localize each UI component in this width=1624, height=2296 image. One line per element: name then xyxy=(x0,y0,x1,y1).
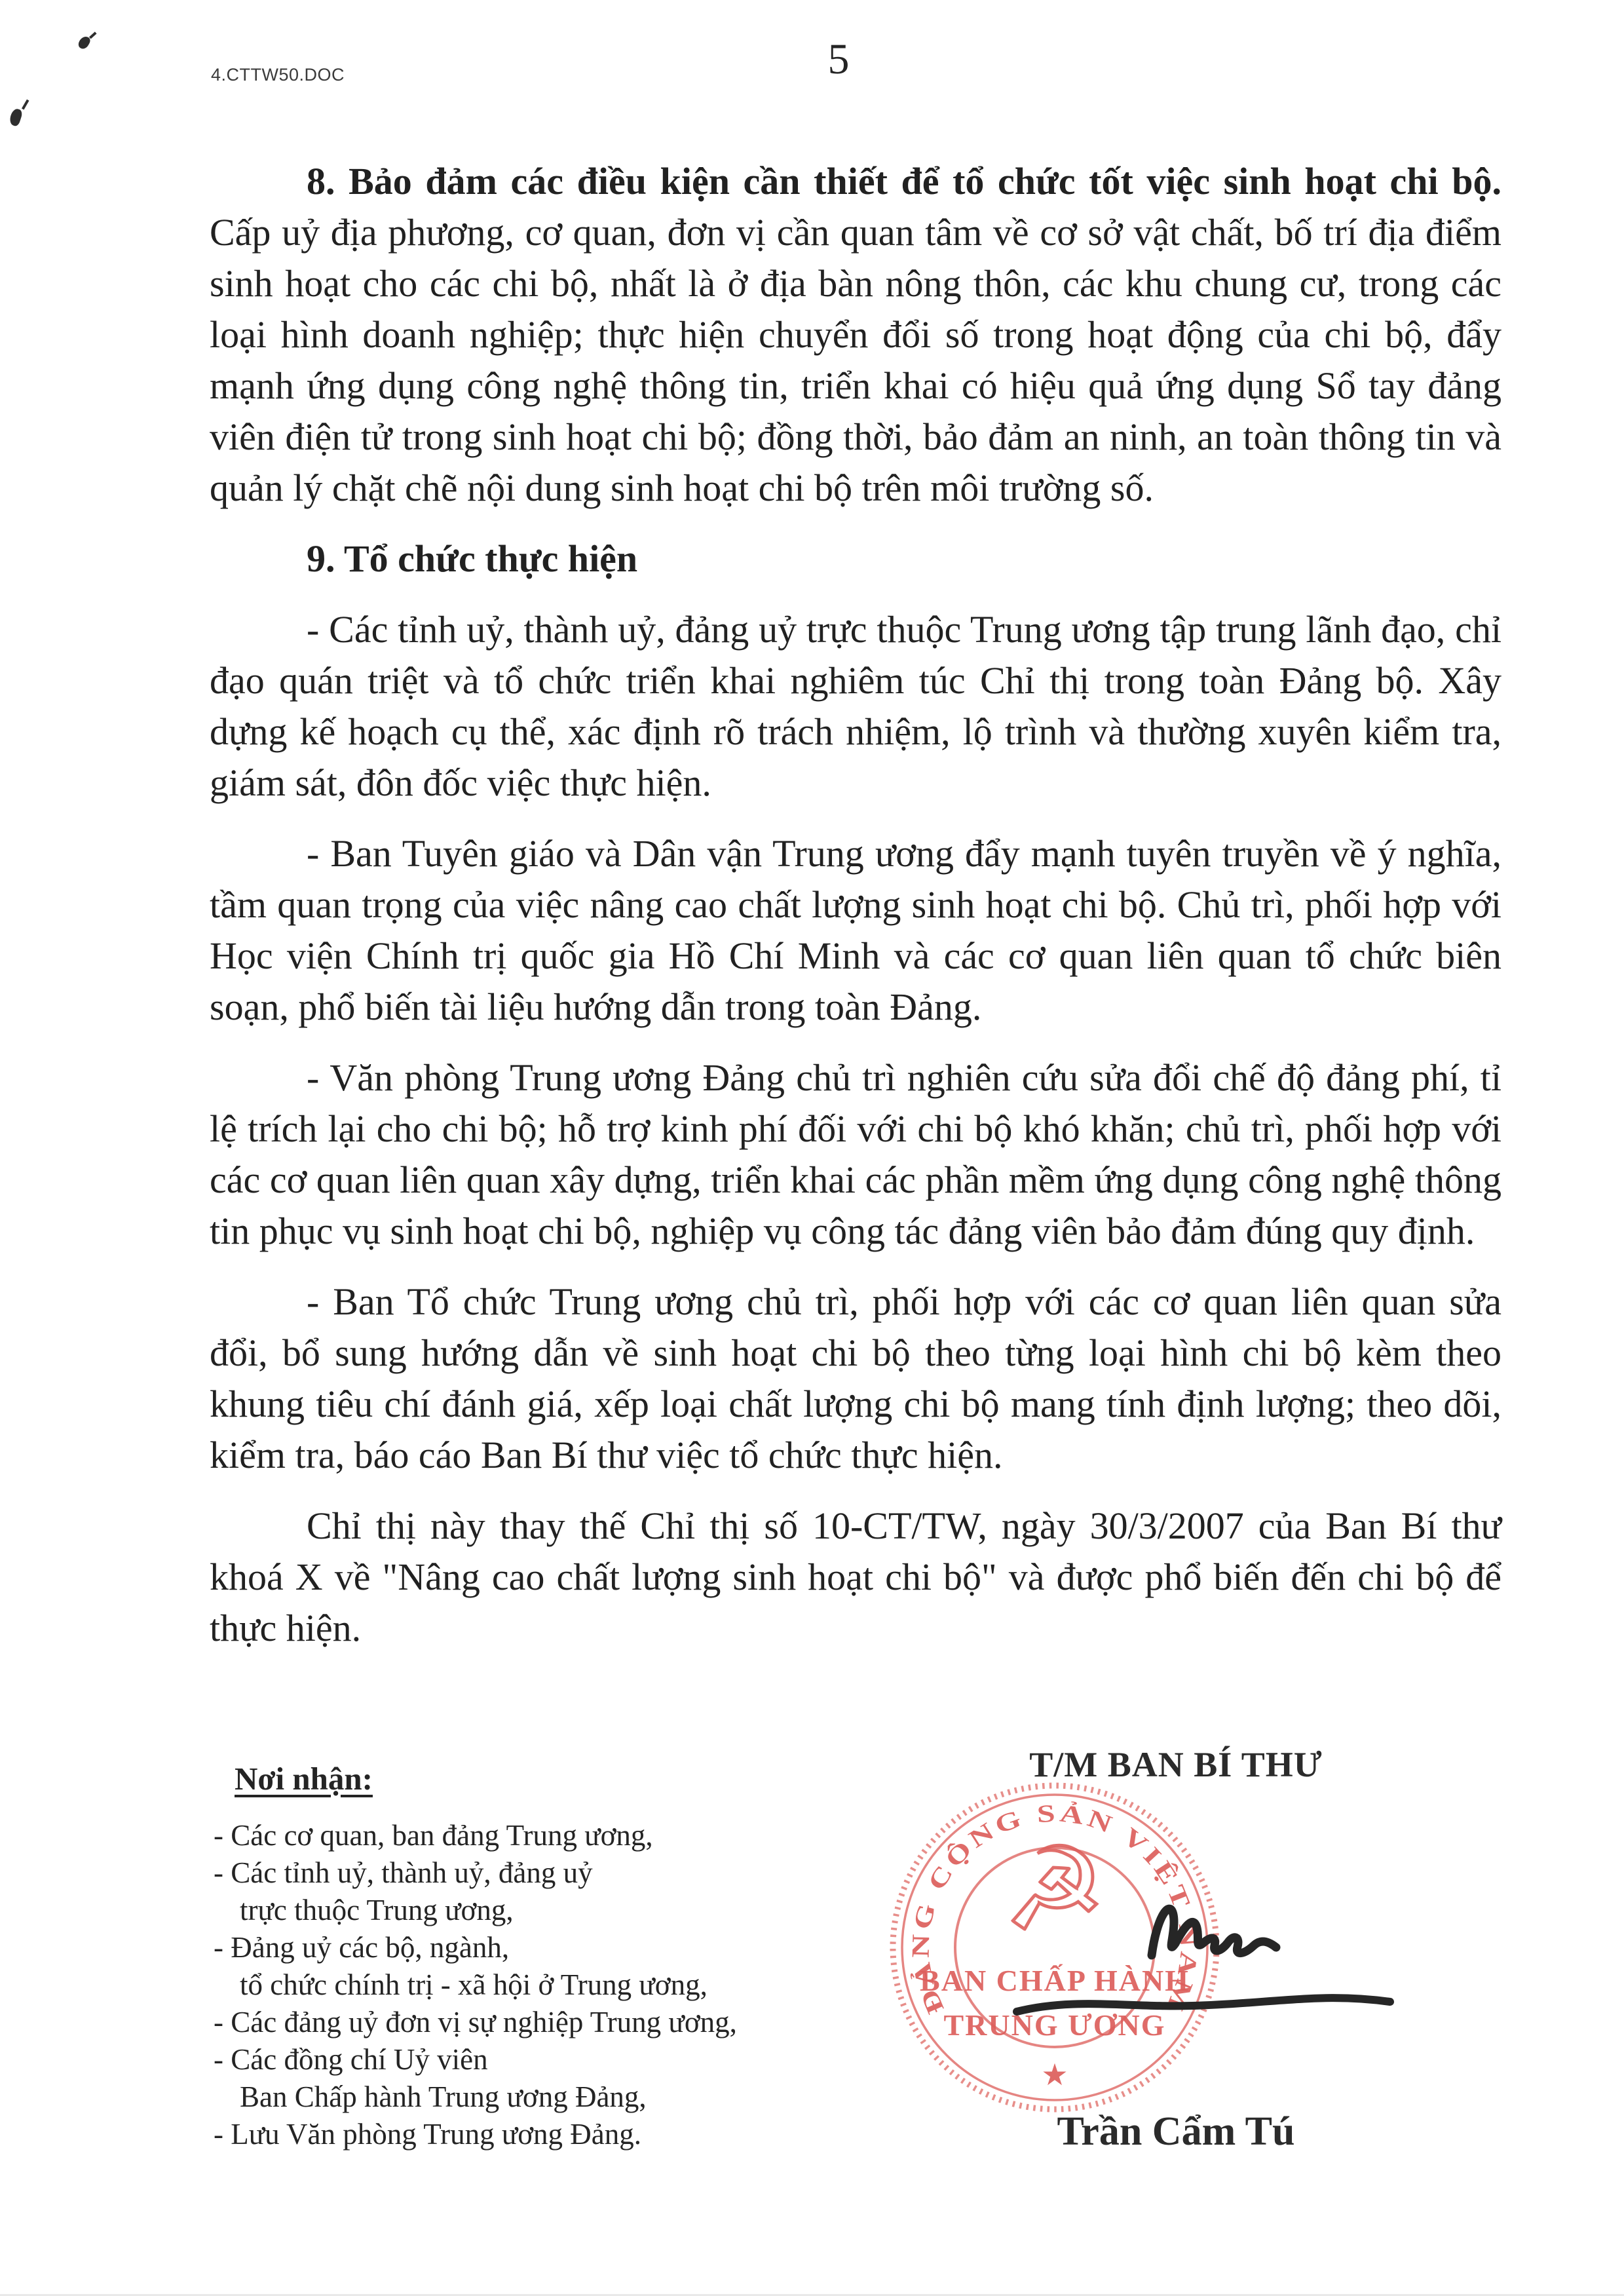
document-body: 8. Bảo đảm các điều kiện cần thiết để tổ… xyxy=(210,156,1501,1654)
section-8-heading: 8. Bảo đảm các điều kiện cần thiết để tổ… xyxy=(307,160,1501,202)
paragraph-9-organization-commission: - Ban Tổ chức Trung ương chủ trì, phối h… xyxy=(210,1276,1501,1481)
page-number: 5 xyxy=(786,38,891,81)
signature-squiggle xyxy=(1152,1909,1276,1955)
recipient-line: - Đảng uỷ các bộ, ngành, xyxy=(214,1929,836,1966)
recipient-line: - Các cơ quan, ban đảng Trung ương, xyxy=(214,1817,836,1854)
document-page: 4.CTTW50.DOC 5 8. Bảo đảm các điều kiện … xyxy=(0,0,1624,2296)
recipient-line: - Lưu Văn phòng Trung ương Đảng. xyxy=(214,2116,836,2153)
recipient-line-continuation: tổ chức chính trị - xã hội ở Trung ương, xyxy=(214,1966,836,2004)
paragraph-closing: Chỉ thị này thay thế Chỉ thị số 10-CT/TW… xyxy=(210,1501,1501,1654)
recipient-line: - Các đảng uỷ đơn vị sự nghiệp Trung ươn… xyxy=(214,2004,836,2041)
handwritten-signature xyxy=(989,1882,1422,2033)
signature-underline xyxy=(1017,1998,1390,2012)
recipients-title: Nơi nhận: xyxy=(235,1760,836,1797)
file-reference-label: 4.CTTW50.DOC xyxy=(211,66,345,84)
star-icon: ★ xyxy=(1041,2057,1068,2092)
paragraph-9-provinces: - Các tỉnh uỷ, thành uỷ, đảng uỷ trực th… xyxy=(210,604,1501,809)
scan-artifact-speck xyxy=(77,35,92,51)
recipient-line-continuation: Ban Chấp hành Trung ương Đảng, xyxy=(214,2078,836,2116)
paragraph-9-propaganda: - Ban Tuyên giáo và Dân vận Trung ương đ… xyxy=(210,828,1501,1033)
section-9-heading: 9. Tổ chức thực hiện xyxy=(210,533,1501,584)
recipient-line: - Các tỉnh uỷ, thành uỷ, đảng uỷ xyxy=(214,1854,836,1892)
recipient-line: - Các đồng chí Uỷ viên xyxy=(214,2041,836,2078)
recipient-line-continuation: trực thuộc Trung ương, xyxy=(214,1892,836,1929)
paragraph-section-8: 8. Bảo đảm các điều kiện cần thiết để tổ… xyxy=(210,156,1501,514)
scan-artifact-speck xyxy=(8,107,23,127)
section-8-text: Cấp uỷ địa phương, cơ quan, đơn vị cần q… xyxy=(210,211,1501,509)
recipients-block: Nơi nhận: - Các cơ quan, ban đảng Trung … xyxy=(214,1760,836,2153)
paragraph-9-party-office: - Văn phòng Trung ương Đảng chủ trì nghi… xyxy=(210,1052,1501,1257)
signer-name: Trần Cẩm Tú xyxy=(953,2109,1399,2155)
